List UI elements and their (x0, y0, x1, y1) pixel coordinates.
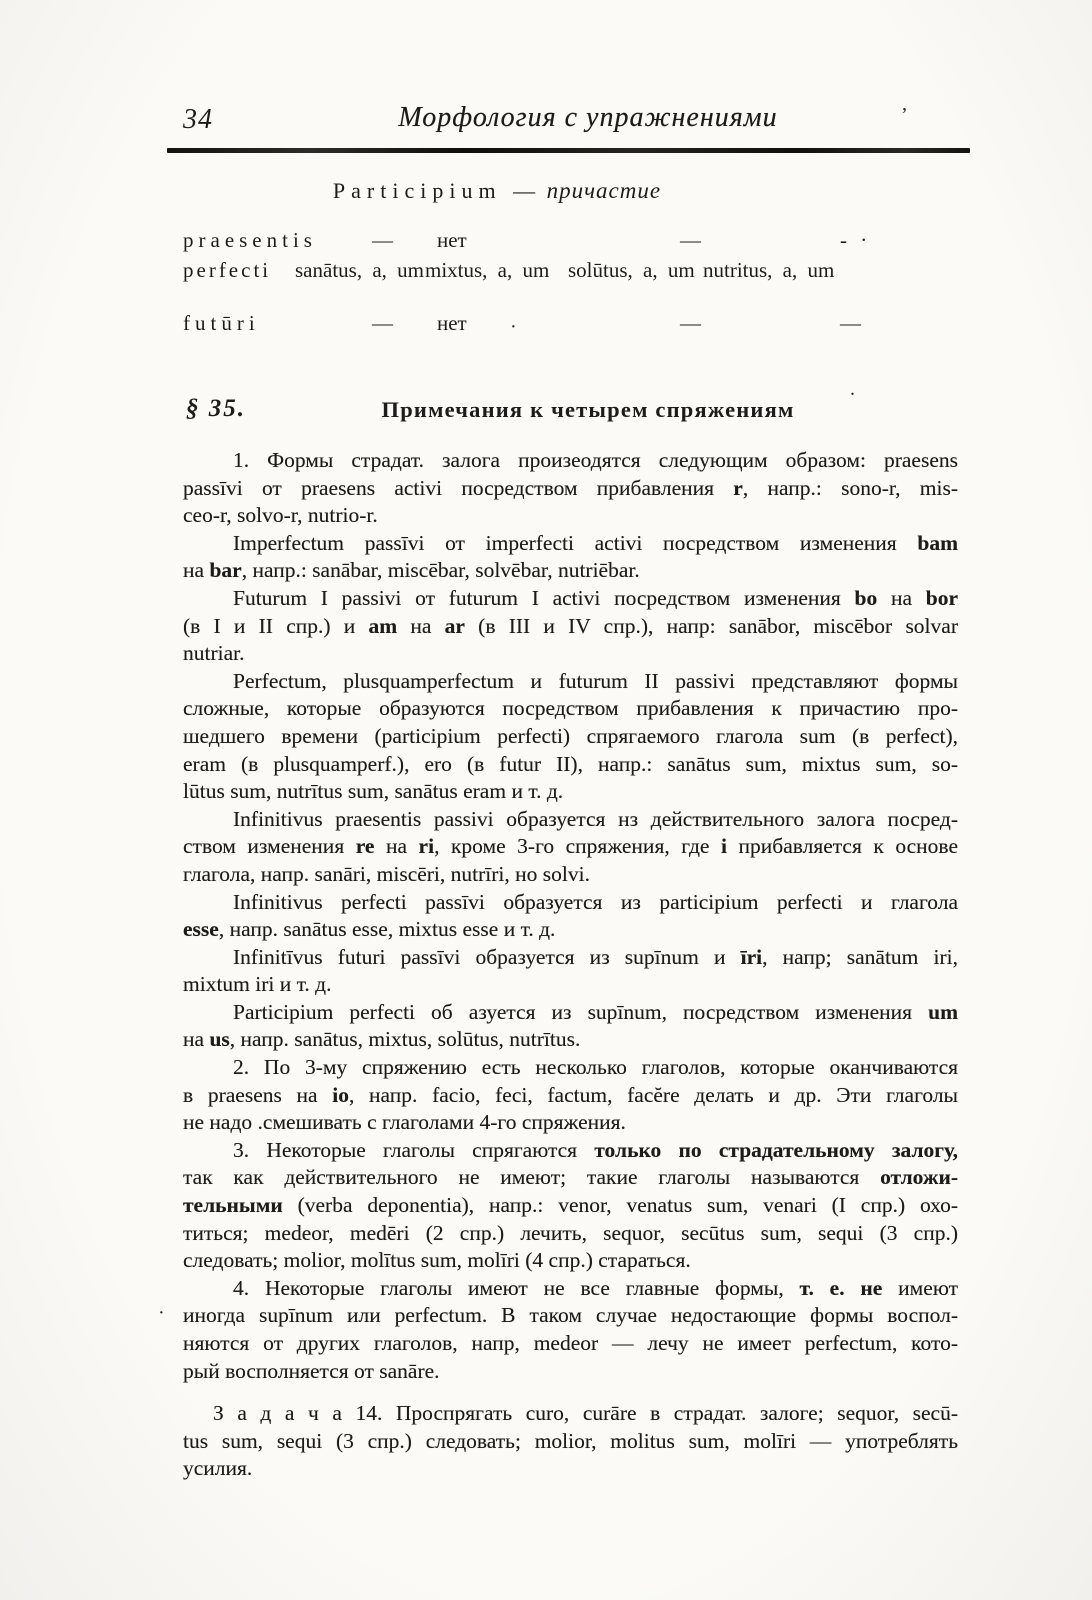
text-line: lūtus sum, nutrītus sum, sanātus eram и … (183, 778, 958, 806)
table-cell: - · (840, 228, 871, 253)
paragraph: З а д а ч а 14. Проспрягать curo, curāre… (183, 1400, 958, 1483)
text-line: рый восполняется от sanāre. (183, 1358, 958, 1386)
paragraph: 3. Некоторые глаголы спрягаются только п… (183, 1137, 958, 1275)
table-cell: нет (437, 228, 467, 253)
body-text: 1. Формы страдат. залога произеодятся сл… (183, 447, 958, 1483)
table-cell: — (372, 228, 393, 253)
text-line: следовать; molior, molītus sum, molīri (… (183, 1247, 958, 1275)
paragraph: 4. Некоторые глаголы имеют не все главны… (183, 1275, 958, 1385)
scan-speck: · (510, 316, 517, 339)
table-row: praesentis—нет—- · (183, 228, 963, 258)
table-row: futūri—нет—— (183, 311, 963, 341)
text-line: няются от других глаголов, напр, medeor … (183, 1330, 958, 1358)
text-line: усилия. (183, 1455, 958, 1483)
paragraph: Perfectum, plusquamperfectum и futurum I… (183, 668, 958, 806)
header-rule (167, 148, 970, 153)
text-line: Imperfectum passīvi от imperfecti activi… (183, 530, 958, 558)
text-line: esse, напр. sanātus esse, mixtus esse и … (183, 916, 958, 944)
running-head: Морфология с упражнениями (398, 102, 777, 134)
text-line: Perfectum, plusquamperfectum и futurum I… (183, 668, 958, 696)
page-number: 34 (183, 104, 213, 136)
paragraph: 1. Формы страдат. залога произеодятся сл… (183, 447, 958, 530)
text-line: Infinitivus perfecti passīvi образуется … (183, 889, 958, 917)
scan-speck: ’ (901, 104, 908, 127)
text-line: Infinitivus praesentis passivi образуетс… (183, 806, 958, 834)
text-line: сложные, которые образуются посредством … (183, 695, 958, 723)
text-line: nutriar. (183, 640, 958, 668)
paragraph: Imperfectum passīvi от imperfecti activi… (183, 530, 958, 585)
participium-title: Participium — причастие (333, 178, 661, 204)
text-line: шедшего времени (participium perfecti) с… (183, 723, 958, 751)
text-line: 4. Некоторые глаголы имеют не все главны… (183, 1275, 958, 1303)
table-cell: nutritus, a, um (703, 258, 834, 283)
table-row-label: praesentis (183, 228, 317, 253)
text-line: eram (в plusquamperf.), ero (в futur II)… (183, 751, 958, 779)
text-line: tus sum, sequi (3 спр.) следовать; molio… (183, 1428, 958, 1456)
table-row: perfectisanātus, a, ummixtus, a, umsolūt… (183, 258, 963, 288)
text-line: (в I и II спр.) и am на ar (в III и IV с… (183, 613, 958, 641)
text-line: титься; medeor, medēri (2 спр.) лечить, … (183, 1220, 958, 1248)
participium-title-dash: — (513, 178, 535, 203)
table-row-label: perfecti (183, 258, 271, 283)
scanned-book-page: 34 Морфология с упражнениями Participium… (0, 0, 1092, 1600)
participium-title-latin: Participium (333, 178, 502, 203)
text-line: ством изменения re на ri, кроме 3-го спр… (183, 833, 958, 861)
text-line: в praesens на io, напр. facio, feci, fac… (183, 1082, 958, 1110)
text-line: не надо .смешивать с глаголами 4-го спря… (183, 1109, 958, 1137)
table-cell: sanātus, a, um (295, 258, 424, 283)
paragraph: Infinitivus perfecti passīvi образуется … (183, 889, 958, 944)
section-sign: § 35. (186, 395, 246, 423)
text-line: mixtum iri и т. д. (183, 971, 958, 999)
table-row-label: futūri (183, 311, 260, 336)
text-line: passīvi от praesens activi посредством п… (183, 475, 958, 503)
paragraph: Futurum I passivi от futurum I activi по… (183, 585, 958, 668)
text-line: 3. Некоторые глаголы спрягаются только п… (183, 1137, 958, 1165)
text-line: 1. Формы страдат. залога произеодятся сл… (183, 447, 958, 475)
scan-speck: · (158, 1302, 165, 1325)
paragraph: Participium perfecti об азуется из supīn… (183, 999, 958, 1054)
table-cell: — (840, 311, 865, 336)
section-title: Примечания к четырем спряжениям (382, 397, 795, 423)
table-cell: — (372, 311, 393, 336)
text-line: Participium perfecti об азуется из supīn… (183, 999, 958, 1027)
text-line: иногда supīnum или perfectum. В таком сл… (183, 1302, 958, 1330)
text-line: З а д а ч а 14. Проспрягать curo, curāre… (183, 1400, 958, 1428)
table-cell: — (680, 228, 701, 253)
text-line: 2. По 3-му спряжению есть несколько глаг… (183, 1054, 958, 1082)
text-line: на us, напр. sanātus, mixtus, solūtus, n… (183, 1026, 958, 1054)
text-line: на bar, напр.: sanābar, miscēbar, solvēb… (183, 557, 958, 585)
table-cell: mixtus, a, um (425, 258, 549, 283)
paragraph: Infinitivus praesentis passivi образуетс… (183, 806, 958, 889)
text-line: глагола, напр. sanāri, miscēri, nutrīri,… (183, 861, 958, 889)
paragraph: 2. По 3-му спряжению есть несколько глаг… (183, 1054, 958, 1137)
text-line: так как действительного не имеют; такие … (183, 1164, 958, 1192)
text-line: Futurum I passivi от futurum I activi по… (183, 585, 958, 613)
participium-title-russian: причастие (547, 178, 662, 203)
table-cell: — (680, 311, 701, 336)
scan-speck: . (850, 378, 855, 401)
paragraph: Infinitīvus futuri passīvi образуется из… (183, 944, 958, 999)
table-cell: нет (437, 311, 467, 336)
table-cell: solūtus, a, um (568, 258, 695, 283)
text-line: ceo-r, solvo-r, nutrio-r. (183, 502, 958, 530)
text-line: тельными (verba deponentia), напр.: veno… (183, 1192, 958, 1220)
paradigm-table: praesentis—нет—- ·perfectisanātus, a, um… (183, 228, 963, 341)
text-line: Infinitīvus futuri passīvi образуется из… (183, 944, 958, 972)
